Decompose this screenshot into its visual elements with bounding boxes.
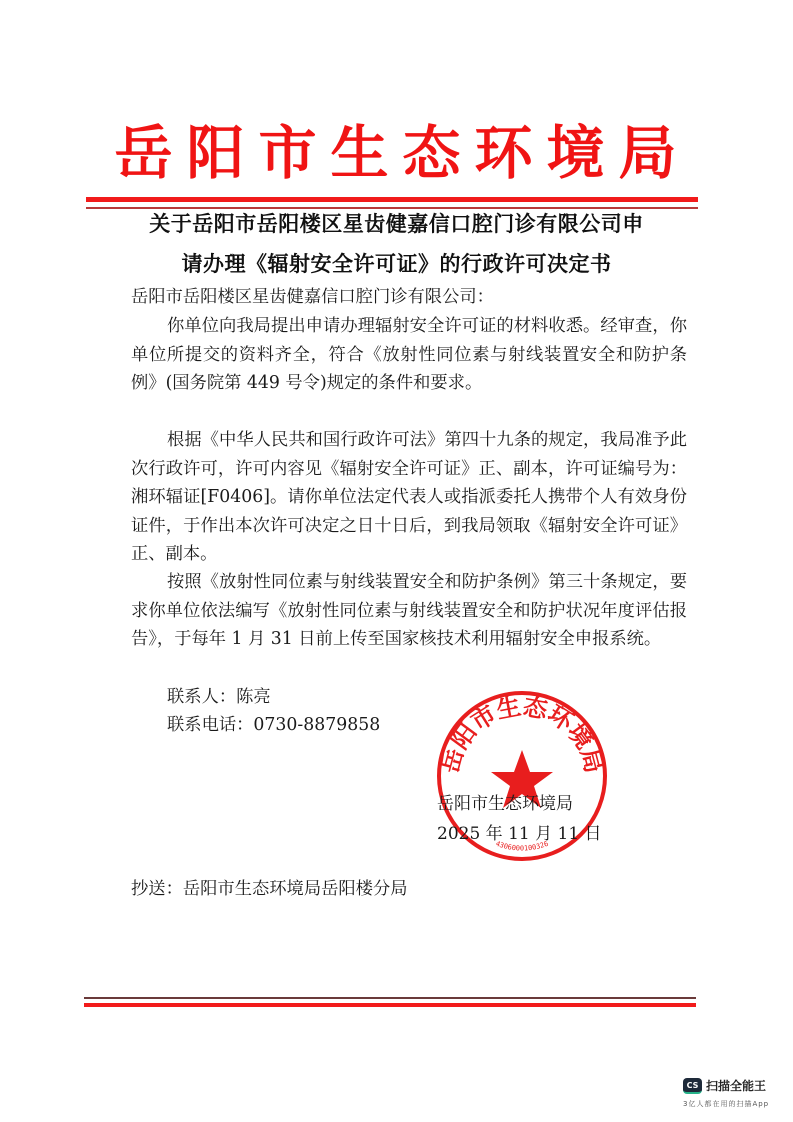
agency-letterhead: 岳阳市生态环境局	[0, 118, 793, 188]
issue-date: 2025 年 11 月 11 日	[437, 819, 602, 844]
scanner-watermark: CS 扫描全能王 3亿人都在用的扫描App	[683, 1078, 787, 1116]
footer-rule-thick	[84, 1003, 696, 1007]
paragraph-review: 你单位向我局提出申请办理辐射安全许可证的材料收悉。经审查，你单位所提交的资料齐全…	[131, 312, 687, 398]
issuer-signature: 岳阳市生态环境局	[437, 789, 573, 814]
document-title-line-1: 关于岳阳市岳阳楼区星齿健嘉信口腔门诊有限公司申	[0, 208, 793, 238]
paragraph-approval: 根据《中华人民共和国行政许可法》第四十九条的规定，我局准予此次行政许可，许可内容…	[131, 426, 687, 569]
watermark-tagline: 3亿人都在用的扫描App	[683, 1099, 769, 1109]
paragraph-annual-report: 按照《放射性同位素与射线装置安全和防护条例》第三十条规定，要求你单位依法编写《放…	[131, 568, 687, 654]
document-title-line-2: 请办理《辐射安全许可证》的行政许可决定书	[0, 248, 793, 278]
salutation: 岳阳市岳阳楼区星齿健嘉信口腔门诊有限公司：	[131, 283, 687, 312]
footer-rule-thin	[84, 997, 696, 999]
carbon-copy: 抄送：岳阳市生态环境局岳阳楼分局	[131, 874, 408, 899]
header-rule-thick	[86, 197, 698, 202]
camscanner-logo-icon: CS	[683, 1078, 702, 1094]
watermark-app-name: 扫描全能王	[706, 1078, 766, 1094]
contact-person: 联系人：陈亮	[167, 682, 271, 707]
contact-phone: 联系电话：0730-8879858	[167, 710, 380, 735]
